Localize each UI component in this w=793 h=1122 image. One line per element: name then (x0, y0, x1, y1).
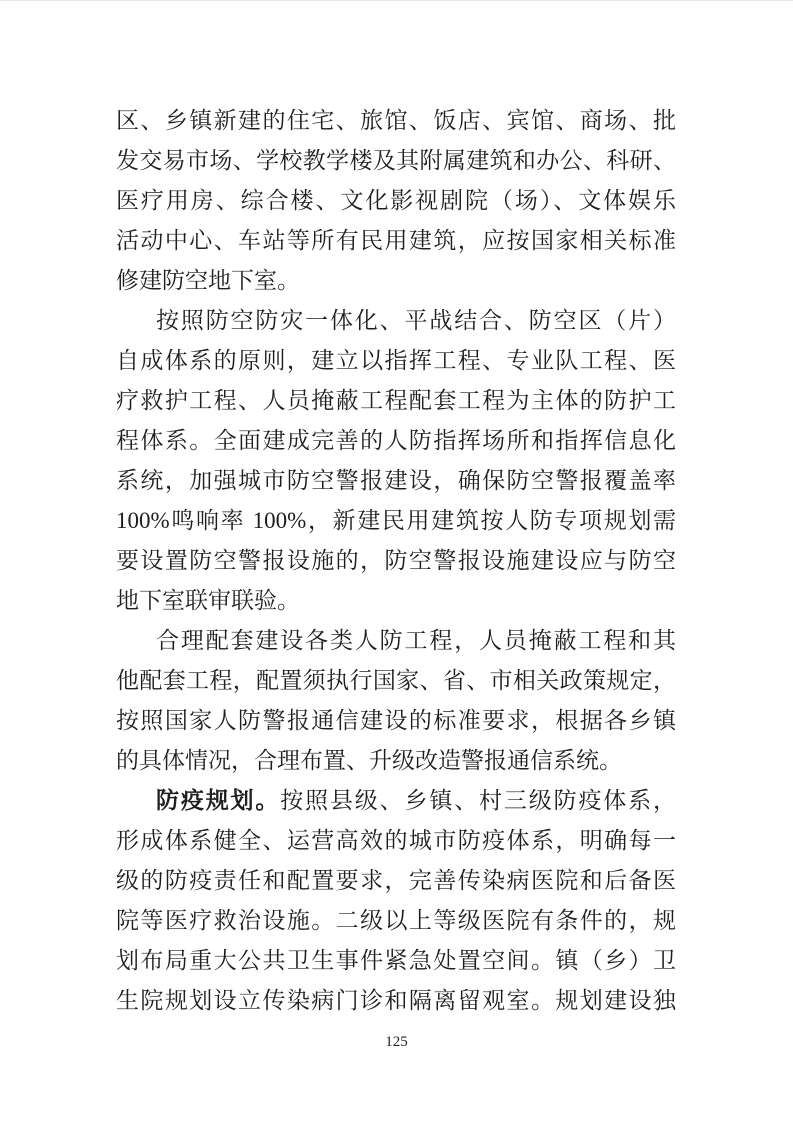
text-line: 发交易市场、学校教学楼及其附属建筑和办公、科研、 (116, 141, 676, 181)
text-line: 他配套工程，配置须执行国家、省、市相关政策规定， (116, 661, 676, 701)
text-line: 100%鸣响率 100%，新建民用建筑按人防专项规划需 (116, 501, 676, 541)
document-page: 区、乡镇新建的住宅、旅馆、饭店、宾馆、商场、批 发交易市场、学校教学楼及其附属建… (0, 0, 793, 1122)
paragraph-heading-bold: 防疫规划。 (156, 788, 280, 813)
text-line: 疗救护工程、人员掩蔽工程配套工程为主体的防护工 (116, 381, 676, 421)
text-line: 形成体系健全、运营高效的城市防疫体系，明确每一 (116, 821, 676, 861)
text-line: 划布局重大公共卫生事件紧急处置空间。镇（乡）卫 (116, 941, 676, 981)
text-line: 活动中心、车站等所有民用建筑，应按国家相关标准 (116, 221, 676, 261)
text-line: 区、乡镇新建的住宅、旅馆、饭店、宾馆、商场、批 (116, 101, 676, 141)
text-line: 地下室联审联验。 (116, 581, 676, 621)
text-line: 系统，加强城市防空警报建设，确保防空警报覆盖率 (116, 461, 676, 501)
text-line: 级的防疫责任和配置要求，完善传染病医院和后备医 (116, 861, 676, 901)
text-line: 防疫规划。按照县级、乡镇、村三级防疫体系， (116, 781, 676, 821)
text-line: 院等医疗救治设施。二级以上等级医院有条件的，规 (116, 901, 676, 941)
text-line: 的具体情况，合理布置、升级改造警报通信系统。 (116, 741, 676, 781)
text-line: 自成体系的原则，建立以指挥工程、专业队工程、医 (116, 341, 676, 381)
text-line: 程体系。全面建成完善的人防指挥场所和指挥信息化 (116, 421, 676, 461)
text-line: 按照国家人防警报通信建设的标准要求，根据各乡镇 (116, 701, 676, 741)
text-line: 按照防空防灾一体化、平战结合、防空区（片） (116, 301, 676, 341)
paragraph-text: 按照县级、乡镇、村三级防疫体系， (280, 788, 676, 813)
text-line: 合理配套建设各类人防工程，人员掩蔽工程和其 (116, 621, 676, 661)
text-line: 医疗用房、综合楼、文化影视剧院（场）、文体娱乐 (116, 181, 676, 221)
text-line: 要设置防空警报设施的，防空警报设施建设应与防空 (116, 541, 676, 581)
text-line: 修建防空地下室。 (116, 261, 676, 301)
page-number: 125 (0, 1032, 793, 1052)
text-line: 生院规划设立传染病门诊和隔离留观室。规划建设独 (116, 981, 676, 1021)
text-block: 区、乡镇新建的住宅、旅馆、饭店、宾馆、商场、批 发交易市场、学校教学楼及其附属建… (116, 101, 676, 1021)
